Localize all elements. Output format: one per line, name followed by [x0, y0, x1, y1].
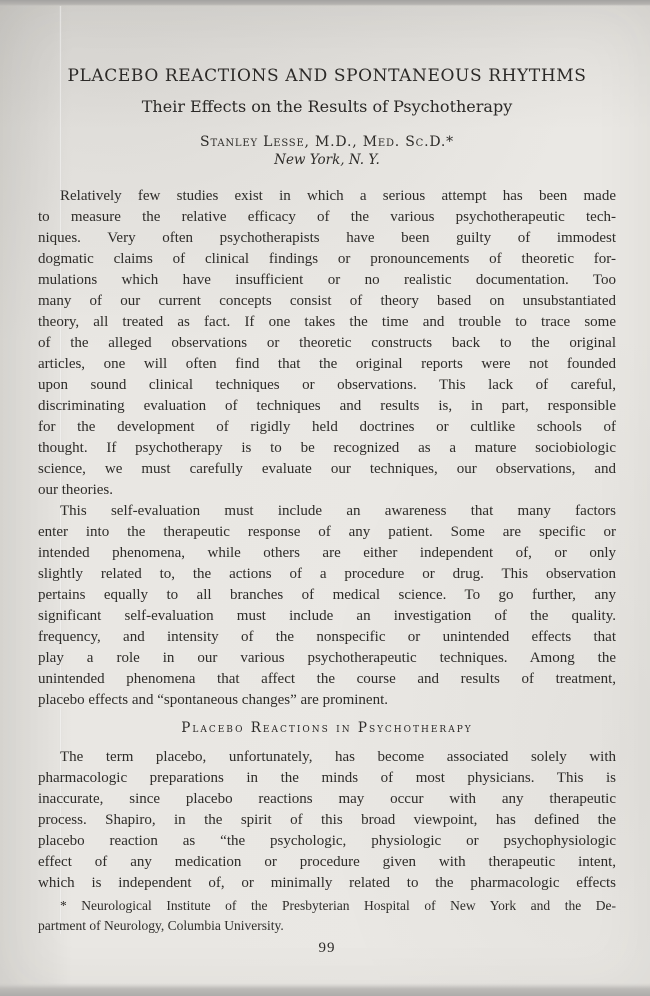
text-line: * Neurological Institute of the Presbyte… [38, 896, 616, 916]
text-line: intended phenomena, while others are eit… [38, 543, 616, 564]
text-line: of the alleged observations or theoretic… [38, 333, 616, 354]
text-line: for the development of rigidly held doct… [38, 417, 616, 438]
text-line: This self-evaluation must include an awa… [38, 501, 616, 522]
text-line: placebo reaction as “the psychologic, ph… [38, 831, 616, 852]
text-line: effect of any medication or procedure gi… [38, 852, 616, 873]
scanned-journal-page: { "document": { "title": "PLACEBO REACTI… [0, 0, 650, 996]
text-line: upon sound clinical techniques or observ… [38, 375, 616, 396]
text-line: slightly related to, the actions of a pr… [38, 564, 616, 585]
text-line: significant self-evaluation must include… [38, 606, 616, 627]
page-content: PLACEBO REACTIONS AND SPONTANEOUS RHYTHM… [38, 0, 616, 957]
text-line: which is independent of, or minimally re… [38, 873, 616, 894]
text-line: niques. Very often psychotherapists have… [38, 228, 616, 249]
text-line: The term placebo, unfortunately, has bec… [38, 747, 616, 768]
text-line: pharmacologic preparations in the minds … [38, 768, 616, 789]
text-line: mulations which have insufficient or no … [38, 270, 616, 291]
text-line: dogmatic claims of clinical findings or … [38, 249, 616, 270]
scan-edge-bottom [0, 983, 650, 996]
text-line: pertains equally to all branches of medi… [38, 585, 616, 606]
text-line: discriminating evaluation of techniques … [38, 396, 616, 417]
text-line: our theories. [38, 480, 616, 501]
article-title: PLACEBO REACTIONS AND SPONTANEOUS RHYTHM… [38, 66, 616, 86]
text-line: to measure the relative efficacy of the … [38, 207, 616, 228]
text-line: enter into the therapeutic response of a… [38, 522, 616, 543]
text-line: placebo effects and “spontaneous changes… [38, 690, 616, 711]
section-heading: Placebo Reactions in Psychotherapy [38, 720, 616, 736]
article-body: Relatively few studies exist in which a … [38, 186, 616, 957]
text-line: process. Shapiro, in the spirit of this … [38, 810, 616, 831]
text-line: science, we must carefully evaluate our … [38, 459, 616, 480]
body-paragraph: The term placebo, unfortunately, has bec… [38, 747, 616, 894]
body-paragraph: Relatively few studies exist in which a … [38, 186, 616, 501]
text-line: unintended phenomena that affect the cou… [38, 669, 616, 690]
text-line: articles, one will often find that the o… [38, 354, 616, 375]
body-paragraph: This self-evaluation must include an awa… [38, 501, 616, 711]
article-subtitle: Their Effects on the Results of Psychoth… [38, 97, 616, 116]
author-location: New York, N. Y. [38, 152, 616, 168]
text-line: Relatively few studies exist in which a … [38, 186, 616, 207]
author-byline: Stanley Lesse, M.D., Med. Sc.D.* [38, 134, 616, 150]
text-line: inaccurate, since placebo reactions may … [38, 789, 616, 810]
text-line: play a role in our various psychotherape… [38, 648, 616, 669]
text-line: theory, all treated as fact. If one take… [38, 312, 616, 333]
page-number: 99 [38, 940, 616, 957]
text-line: many of our current concepts consist of … [38, 291, 616, 312]
footnote: * Neurological Institute of the Presbyte… [38, 896, 616, 936]
text-line: partment of Neurology, Columbia Universi… [38, 916, 616, 936]
text-line: frequency, and intensity of the nonspeci… [38, 627, 616, 648]
text-line: thought. If psychotherapy is to be recog… [38, 438, 616, 459]
